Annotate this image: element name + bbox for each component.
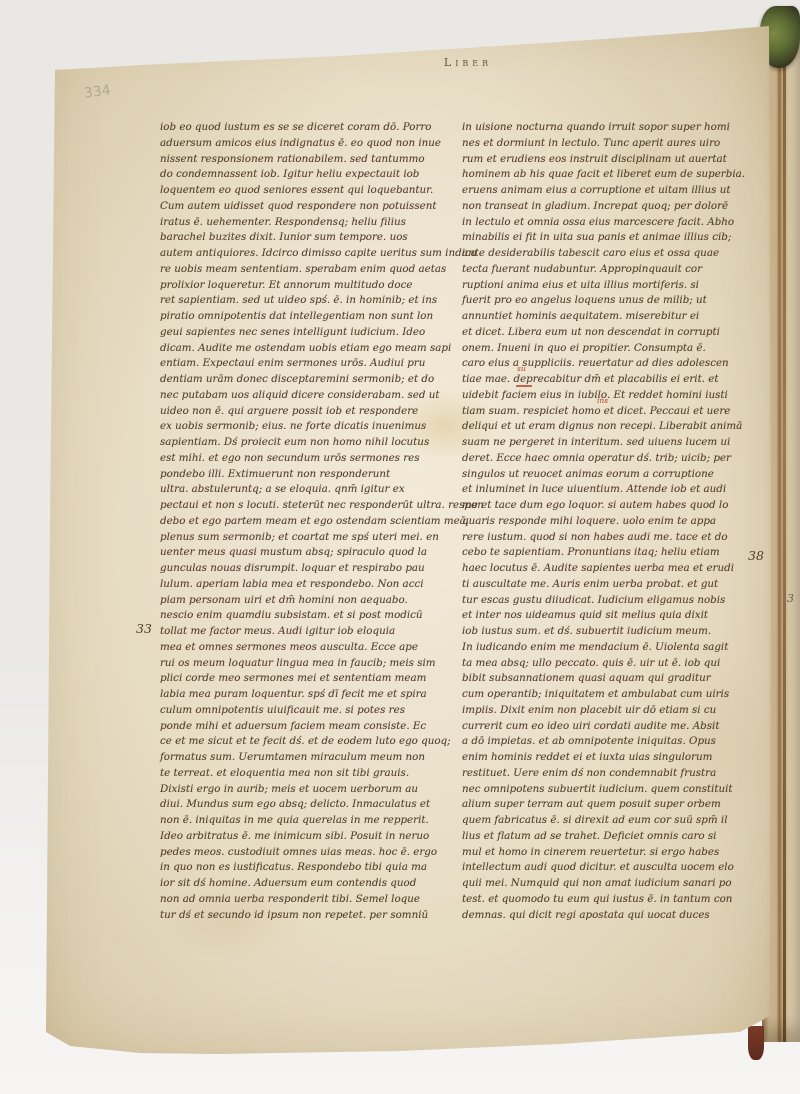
chapter-number-left-margin: 33 xyxy=(136,621,152,636)
manuscript-text-line: nescio enim quamdiu subsistam. et si pos… xyxy=(160,608,462,624)
manuscript-text-line: ior sit dś homine. Aduersum eum contendi… xyxy=(160,876,462,892)
manuscript-text-line: annuntiet hominis aequitatem. miserebitu… xyxy=(462,309,764,325)
manuscript-text-line: uenter meus quasi mustum absq; spiraculo… xyxy=(160,545,462,561)
manuscript-text-line: tiam suam. respiciet homo et dicet. Pecc… xyxy=(462,404,764,420)
text-column-left: iob eo quod iustum es se se diceret cora… xyxy=(160,120,462,923)
manuscript-text-line: caro eius a suppliciis. reuertatur ad di… xyxy=(462,356,764,372)
manuscript-text-line: aduersum amicos eius indignatus ē. eo qu… xyxy=(160,136,462,152)
manuscript-text-line: Dixisti ergo in aurib; meis et uocem uer… xyxy=(160,782,462,798)
manuscript-text-line: entiam. Expectaui enim sermones urōs. Au… xyxy=(160,356,462,372)
manuscript-text-line: non transeat in gladium. Increpat quoq; … xyxy=(462,199,764,215)
manuscript-text-line: et dicet. Libera eum ut non descendat in… xyxy=(462,325,764,341)
manuscript-text-line: quii mei. Numquid qui non amat iudicium … xyxy=(462,876,764,892)
manuscript-text-line: formatus sum. Uerumtamen miraculum meum … xyxy=(160,750,462,766)
manuscript-text-line: est mihi. et ego non secundum urōs sermo… xyxy=(160,451,462,467)
interlinear-correction: ins xyxy=(597,396,608,405)
manuscript-text-line: ce et me sicut et te fecit dś. et de eod… xyxy=(160,734,462,750)
manuscript-text-line: haec locutus ē. Audite sapientes uerba m… xyxy=(462,561,764,577)
manuscript-text-line: piam personam uiri et dm̄ homini non aeq… xyxy=(160,593,462,609)
chapter-number-right-margin: 38 xyxy=(748,548,764,563)
manuscript-text-line: ultra. abstuleruntq; a se eloquia. qnm̄ … xyxy=(160,482,462,498)
manuscript-text-line: labia mea puram loquentur. spś dī fecit … xyxy=(160,687,462,703)
photograph-backdrop: Liber 334 iob eo quod iustum es se se di… xyxy=(0,0,800,1094)
manuscript-text-line: in quo non es iustificatus. Respondebo t… xyxy=(160,860,462,876)
manuscript-text-line: tur dś et secundo id ipsum non repetet. … xyxy=(160,908,462,924)
manuscript-text-line: ante desiderabilis tabescit caro eius et… xyxy=(462,246,764,262)
partial-number-page-edge: 3 xyxy=(787,592,794,605)
manuscript-text-line: et inter nos uideamus quid sit melius qu… xyxy=(462,608,764,624)
manuscript-text-line: intellectum audi quod dicitur. et auscul… xyxy=(462,860,764,876)
manuscript-text-line: tollat me factor meus. Audi igitur iob e… xyxy=(160,624,462,640)
manuscript-text-line: quem fabricatus ē. si direxit ad eum cor… xyxy=(462,813,764,829)
manuscript-text-line: test. et quomodo tu eum qui iustus ē. in… xyxy=(462,892,764,908)
manuscript-text-line: cebo te sapientiam. Pronuntians itaq; he… xyxy=(462,545,764,561)
manuscript-text-line: bibit subsannationem quasi aquam qui gra… xyxy=(462,671,764,687)
manuscript-text-line: debo et ego partem meam et ego ostendam … xyxy=(160,514,462,530)
manuscript-text-line: pondebo illi. Extimuerunt non responderu… xyxy=(160,467,462,483)
manuscript-text-line: me et tace dum ego loquor. si autem habe… xyxy=(462,498,764,514)
manuscript-text-line: currerit cum eo ideo uiri cordati audite… xyxy=(462,719,764,735)
manuscript-text-line: a dō impietas. et ab omnipotente iniquit… xyxy=(462,734,764,750)
manuscript-text-line: mul et homo in cinerem reuertetur. si er… xyxy=(462,845,764,861)
manuscript-text-line: diui. Mundus sum ego absq; delicto. Inma… xyxy=(160,797,462,813)
manuscript-text-line: tecta fuerant nudabuntur. Appropinquauit… xyxy=(462,262,764,278)
manuscript-text-line: nissent responsionem rationabilem. sed t… xyxy=(160,152,462,168)
manuscript-text-line: tur escas gustu diiudicat. Iudicium elig… xyxy=(462,593,764,609)
binding-red-sliver xyxy=(748,1026,764,1060)
manuscript-text-line: fuerit pro eo angelus loquens unus de mi… xyxy=(462,293,764,309)
running-title: Liber xyxy=(408,56,528,69)
manuscript-text-line: deret. Ecce haec omnia operatur dś. trib… xyxy=(462,451,764,467)
manuscript-text-line: dentiam urām donec disceptaremini sermon… xyxy=(160,372,462,388)
page-edge-crease xyxy=(783,24,786,1042)
manuscript-text-line: geui sapientes nec senes intelligunt iud… xyxy=(160,325,462,341)
manuscript-text-line: enim hominis reddet ei et iuxta uias sin… xyxy=(462,750,764,766)
manuscript-text-line: barachel buzites dixit. Iunior sum tempo… xyxy=(160,230,462,246)
manuscript-text-line: uideo non ē. qui arguere possit iob et r… xyxy=(160,404,462,420)
manuscript-text-line: uidebit faciem eius in iubilo. Et reddet… xyxy=(462,388,764,404)
manuscript-text-line: dicam. Audite me ostendam uobis etiam eg… xyxy=(160,341,462,357)
manuscript-text-line: et inluminet in luce uiuentium. Attende … xyxy=(462,482,764,498)
manuscript-text-line: non ē. iniquitas in me quia querelas in … xyxy=(160,813,462,829)
manuscript-text-line: re uobis meam sententiam. sperabam enim … xyxy=(160,262,462,278)
manuscript-text-line: nec omnipotens subuertit iudicium. quem … xyxy=(462,782,764,798)
manuscript-text-line: piratio omnipotentis dat intellegentiam … xyxy=(160,309,462,325)
manuscript-text-line: culum omnipotentis uiuificauit me. si po… xyxy=(160,703,462,719)
manuscript-text-line: do condemnassent iob. Igitur heliu expec… xyxy=(160,167,462,183)
manuscript-text-line: iob eo quod iustum es se se diceret cora… xyxy=(160,120,462,136)
manuscript-text-line: gunculas nouas disrumpit. loquar et resp… xyxy=(160,561,462,577)
manuscript-text-line: Ideo arbitratus ē. me inimicum sibi. Pos… xyxy=(160,829,462,845)
manuscript-text-line: hominem ab his quae facit et liberet eum… xyxy=(462,167,764,183)
interlinear-correction: su xyxy=(517,364,526,373)
manuscript-text-line: in uisione nocturna quando irruit sopor … xyxy=(462,120,764,136)
manuscript-text-line: pedes meos. custodiuit omnes uias meas. … xyxy=(160,845,462,861)
manuscript-text-line: ponde mihi et aduersum faciem meam consi… xyxy=(160,719,462,735)
manuscript-text-line: demnas. qui dicit regi apostata qui uoca… xyxy=(462,908,764,924)
manuscript-text-line: ta mea absq; ullo peccato. quis ē. uir u… xyxy=(462,656,764,672)
manuscript-text-line: in lectulo et omnia ossa eius marcescere… xyxy=(462,215,764,231)
manuscript-text-line: rere iustum. quod si non habes audi me. … xyxy=(462,530,764,546)
manuscript-text-line: eruens animam eius a corruptione et uita… xyxy=(462,183,764,199)
manuscript-text-line: deliqui et ut eram dignus non recepi. Li… xyxy=(462,419,764,435)
manuscript-text-line: sapientiam. Dś proiecit eum non homo nih… xyxy=(160,435,462,451)
manuscript-text-line: minabilis ei fit in uita sua panis et an… xyxy=(462,230,764,246)
manuscript-text-line: suam ne pergeret in interitum. sed uiuen… xyxy=(462,435,764,451)
manuscript-text-line: cum operantib; iniquitatem et ambulabat … xyxy=(462,687,764,703)
manuscript-text-line: iratus ē. uehementer. Respondensq; heliu… xyxy=(160,215,462,231)
manuscript-text-line: quaris responde mihi loquere. uolo enim … xyxy=(462,514,764,530)
manuscript-text-line: lius et flatum ad se trahet. Deficiet om… xyxy=(462,829,764,845)
manuscript-text-line: impiis. Dixit enim non placebit uir dō e… xyxy=(462,703,764,719)
manuscript-text-line: ti auscultate me. Auris enim uerba proba… xyxy=(462,577,764,593)
manuscript-text-line: tiae mae. deprecabitur dm̄ et placabilis… xyxy=(462,372,764,388)
manuscript-text-line: non ad omnia uerba responderit tibi. Sem… xyxy=(160,892,462,908)
manuscript-text-line: rui os meum loquatur lingua mea in fauci… xyxy=(160,656,462,672)
manuscript-text-line: Cum autem uidisset quod respondere non p… xyxy=(160,199,462,215)
manuscript-text-line: plici corde meo sermones mei et sententi… xyxy=(160,671,462,687)
manuscript-text-line: pectaui et non s locuti. steterūt nec re… xyxy=(160,498,462,514)
manuscript-text-line: alium super terram aut quem posuit super… xyxy=(462,797,764,813)
manuscript-text-line: ret sapientiam. sed ut uideo spś. ē. in … xyxy=(160,293,462,309)
manuscript-text-line: loquentem eo quod seniores essent qui lo… xyxy=(160,183,462,199)
text-column-right: in uisione nocturna quando irruit sopor … xyxy=(462,120,764,923)
manuscript-text-line: lulum. aperiam labia mea et respondebo. … xyxy=(160,577,462,593)
manuscript-text-line: ruptioni anima eius et uita illius morti… xyxy=(462,278,764,294)
rubric-underline xyxy=(516,385,532,387)
manuscript-text-line: onem. Inueni in quo ei propitier. Consum… xyxy=(462,341,764,357)
manuscript-text-line: mea et omnes sermones meos ausculta. Ecc… xyxy=(160,640,462,656)
manuscript-text-line: plenus sum sermonib; et coartat me spś u… xyxy=(160,530,462,546)
manuscript-text-line: nec putabam uos aliquid dicere considera… xyxy=(160,388,462,404)
manuscript-text-line: singulos ut reuocet animas eorum a corru… xyxy=(462,467,764,483)
manuscript-text-line: ex uobis sermonib; eius. ne forte dicati… xyxy=(160,419,462,435)
manuscript-text-line: te terreat. et eloquentia mea non sit ti… xyxy=(160,766,462,782)
manuscript-text-line: restituet. Uere enim dś non condemnabit … xyxy=(462,766,764,782)
manuscript-text-line: In iudicando enim me mendacium ē. Uiolen… xyxy=(462,640,764,656)
manuscript-text-line: prolixior loqueretur. Et annorum multitu… xyxy=(160,278,462,294)
manuscript-text-line: nes et dormiunt in lectulo. Tunc aperit … xyxy=(462,136,764,152)
manuscript-text-line: rum et erudiens eos instruit disciplinam… xyxy=(462,152,764,168)
manuscript-text-line: iob iustus sum. et dś. subuertit iudiciu… xyxy=(462,624,764,640)
manuscript-text-line: autem antiquiores. Idcirco dimisso capit… xyxy=(160,246,462,262)
